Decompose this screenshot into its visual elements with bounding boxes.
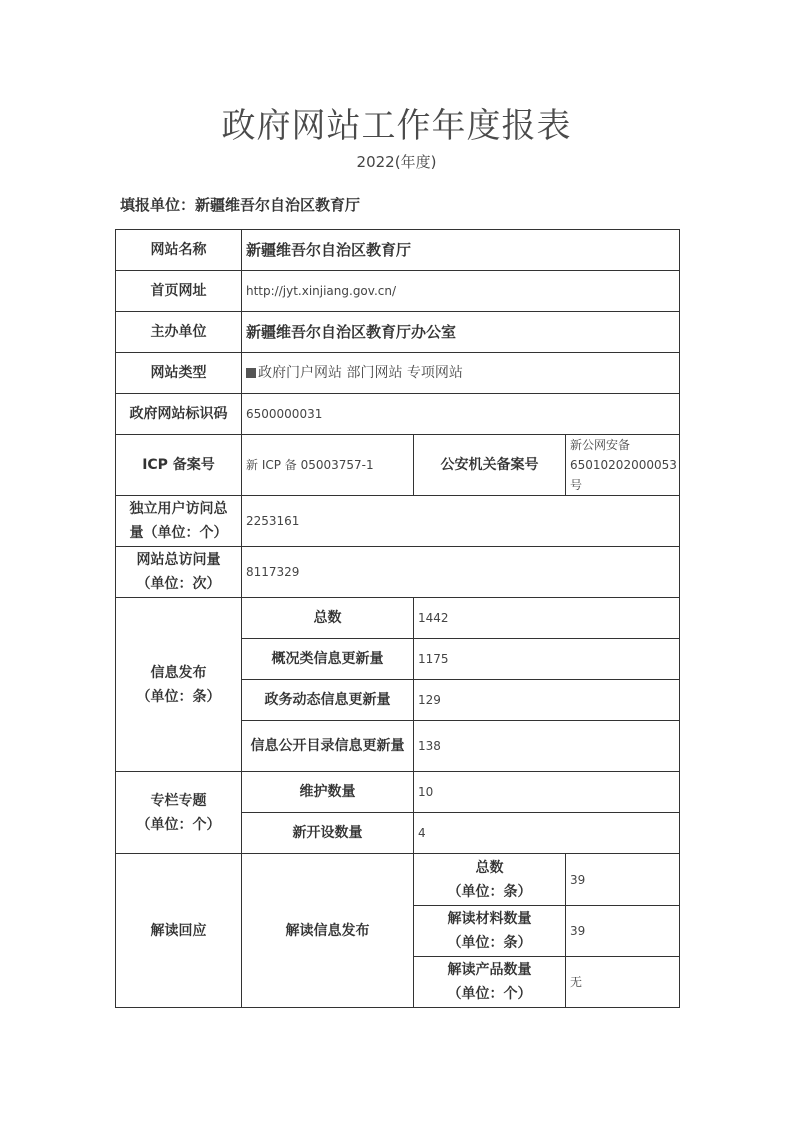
info-publish-item-value: 1175 (414, 639, 680, 680)
interpretation-item-label: 总数（单位：条） (414, 854, 566, 906)
interpretation-item-label: 解读材料数量（单位：条） (414, 906, 566, 957)
unique-visitors-value: 2253161 (242, 496, 680, 547)
columns-item-value: 10 (414, 772, 680, 813)
interpretation-item-label-line2: （单位：条） (418, 880, 561, 904)
unique-visitors-label-line2: 量（单位：个） (120, 521, 237, 545)
info-publish-item-label: 信息公开目录信息更新量 (242, 721, 414, 772)
icp-value: 新 ICP 备 05003757-1 (242, 435, 414, 496)
row-homepage: 首页网址 http://jyt.xinjiang.gov.cn/ (116, 271, 680, 312)
row-site-code: 政府网站标识码 6500000031 (116, 394, 680, 435)
police-record-value: 新公网安备65010202000053 号 (566, 435, 680, 496)
info-publish-label-line1: 信息发布 (120, 661, 237, 685)
interpretation-item-label-line1: 解读产品数量 (418, 958, 561, 982)
total-visits-value: 8117329 (242, 547, 680, 598)
row-site-type: 网站类型 政府门户网站 部门网站 专项网站 (116, 353, 680, 394)
columns-label-line1: 专栏专题 (120, 789, 237, 813)
row-icp: ICP 备案号 新 ICP 备 05003757-1 公安机关备案号 新公网安备… (116, 435, 680, 496)
info-publish-item-label: 政务动态信息更新量 (242, 680, 414, 721)
filler-unit: 填报单位：新疆维吾尔自治区教育厅 (120, 194, 360, 215)
columns-label: 专栏专题（单位：个） (116, 772, 242, 854)
site-name-value: 新疆维吾尔自治区教育厅 (242, 230, 680, 271)
interpretation-item-value: 39 (566, 854, 680, 906)
info-publish-label: 信息发布（单位：条） (116, 598, 242, 772)
interpretation-item-label: 解读产品数量（单位：个） (414, 957, 566, 1008)
site-code-value: 6500000031 (242, 394, 680, 435)
interpretation-item-label-line2: （单位：个） (418, 982, 561, 1006)
interpretation-item-label-line1: 总数 (418, 856, 561, 880)
sponsor-label: 主办单位 (116, 312, 242, 353)
total-visits-label-line1: 网站总访问量 (120, 548, 237, 572)
site-code-label: 政府网站标识码 (116, 394, 242, 435)
total-visits-label-line2: （单位：次） (120, 572, 237, 596)
unique-visitors-label-line1: 独立用户访问总 (120, 497, 237, 521)
site-name-label: 网站名称 (116, 230, 242, 271)
police-record-label: 公安机关备案号 (414, 435, 566, 496)
columns-label-line2: （单位：个） (120, 813, 237, 837)
police-record-line2: 65010202000053 号 (570, 455, 675, 495)
row-site-name: 网站名称 新疆维吾尔自治区教育厅 (116, 230, 680, 271)
report-title: 政府网站工作年度报表 (0, 98, 793, 147)
report-table: 网站名称 新疆维吾尔自治区教育厅 首页网址 http://jyt.xinjian… (115, 229, 680, 1008)
info-publish-item-value: 1442 (414, 598, 680, 639)
interpretation-item-value: 39 (566, 906, 680, 957)
info-publish-item-value: 129 (414, 680, 680, 721)
interpretation-item-value: 无 (566, 957, 680, 1008)
interpretation-item-label-line2: （单位：条） (418, 931, 561, 955)
site-type-options: 政府门户网站 部门网站 专项网站 (258, 365, 463, 381)
info-publish-item-label: 概况类信息更新量 (242, 639, 414, 680)
report-year: 2022(年度) (0, 151, 793, 172)
unique-visitors-label: 独立用户访问总量（单位：个） (116, 496, 242, 547)
sponsor-value: 新疆维吾尔自治区教育厅办公室 (242, 312, 680, 353)
row-sponsor: 主办单位 新疆维吾尔自治区教育厅办公室 (116, 312, 680, 353)
interpretation-row: 解读回应 解读信息发布 总数（单位：条） 39 (116, 854, 680, 906)
site-type-value: 政府门户网站 部门网站 专项网站 (242, 353, 680, 394)
total-visits-label: 网站总访问量（单位：次） (116, 547, 242, 598)
interpretation-item-label-line1: 解读材料数量 (418, 907, 561, 931)
interpretation-sub-label: 解读信息发布 (242, 854, 414, 1008)
homepage-label: 首页网址 (116, 271, 242, 312)
row-total-visits: 网站总访问量（单位：次） 8117329 (116, 547, 680, 598)
checked-square-icon (246, 368, 256, 378)
columns-item-value: 4 (414, 813, 680, 854)
columns-item-label: 新开设数量 (242, 813, 414, 854)
info-publish-label-line2: （单位：条） (120, 685, 237, 709)
info-publish-item-value: 138 (414, 721, 680, 772)
info-publish-row: 信息发布（单位：条） 总数 1442 (116, 598, 680, 639)
info-publish-item-label: 总数 (242, 598, 414, 639)
site-type-label: 网站类型 (116, 353, 242, 394)
columns-row: 专栏专题（单位：个） 维护数量 10 (116, 772, 680, 813)
homepage-value: http://jyt.xinjiang.gov.cn/ (242, 271, 680, 312)
row-unique-visitors: 独立用户访问总量（单位：个） 2253161 (116, 496, 680, 547)
columns-item-label: 维护数量 (242, 772, 414, 813)
police-record-line1: 新公网安备 (570, 435, 675, 455)
icp-label: ICP 备案号 (116, 435, 242, 496)
interpretation-label: 解读回应 (116, 854, 242, 1008)
